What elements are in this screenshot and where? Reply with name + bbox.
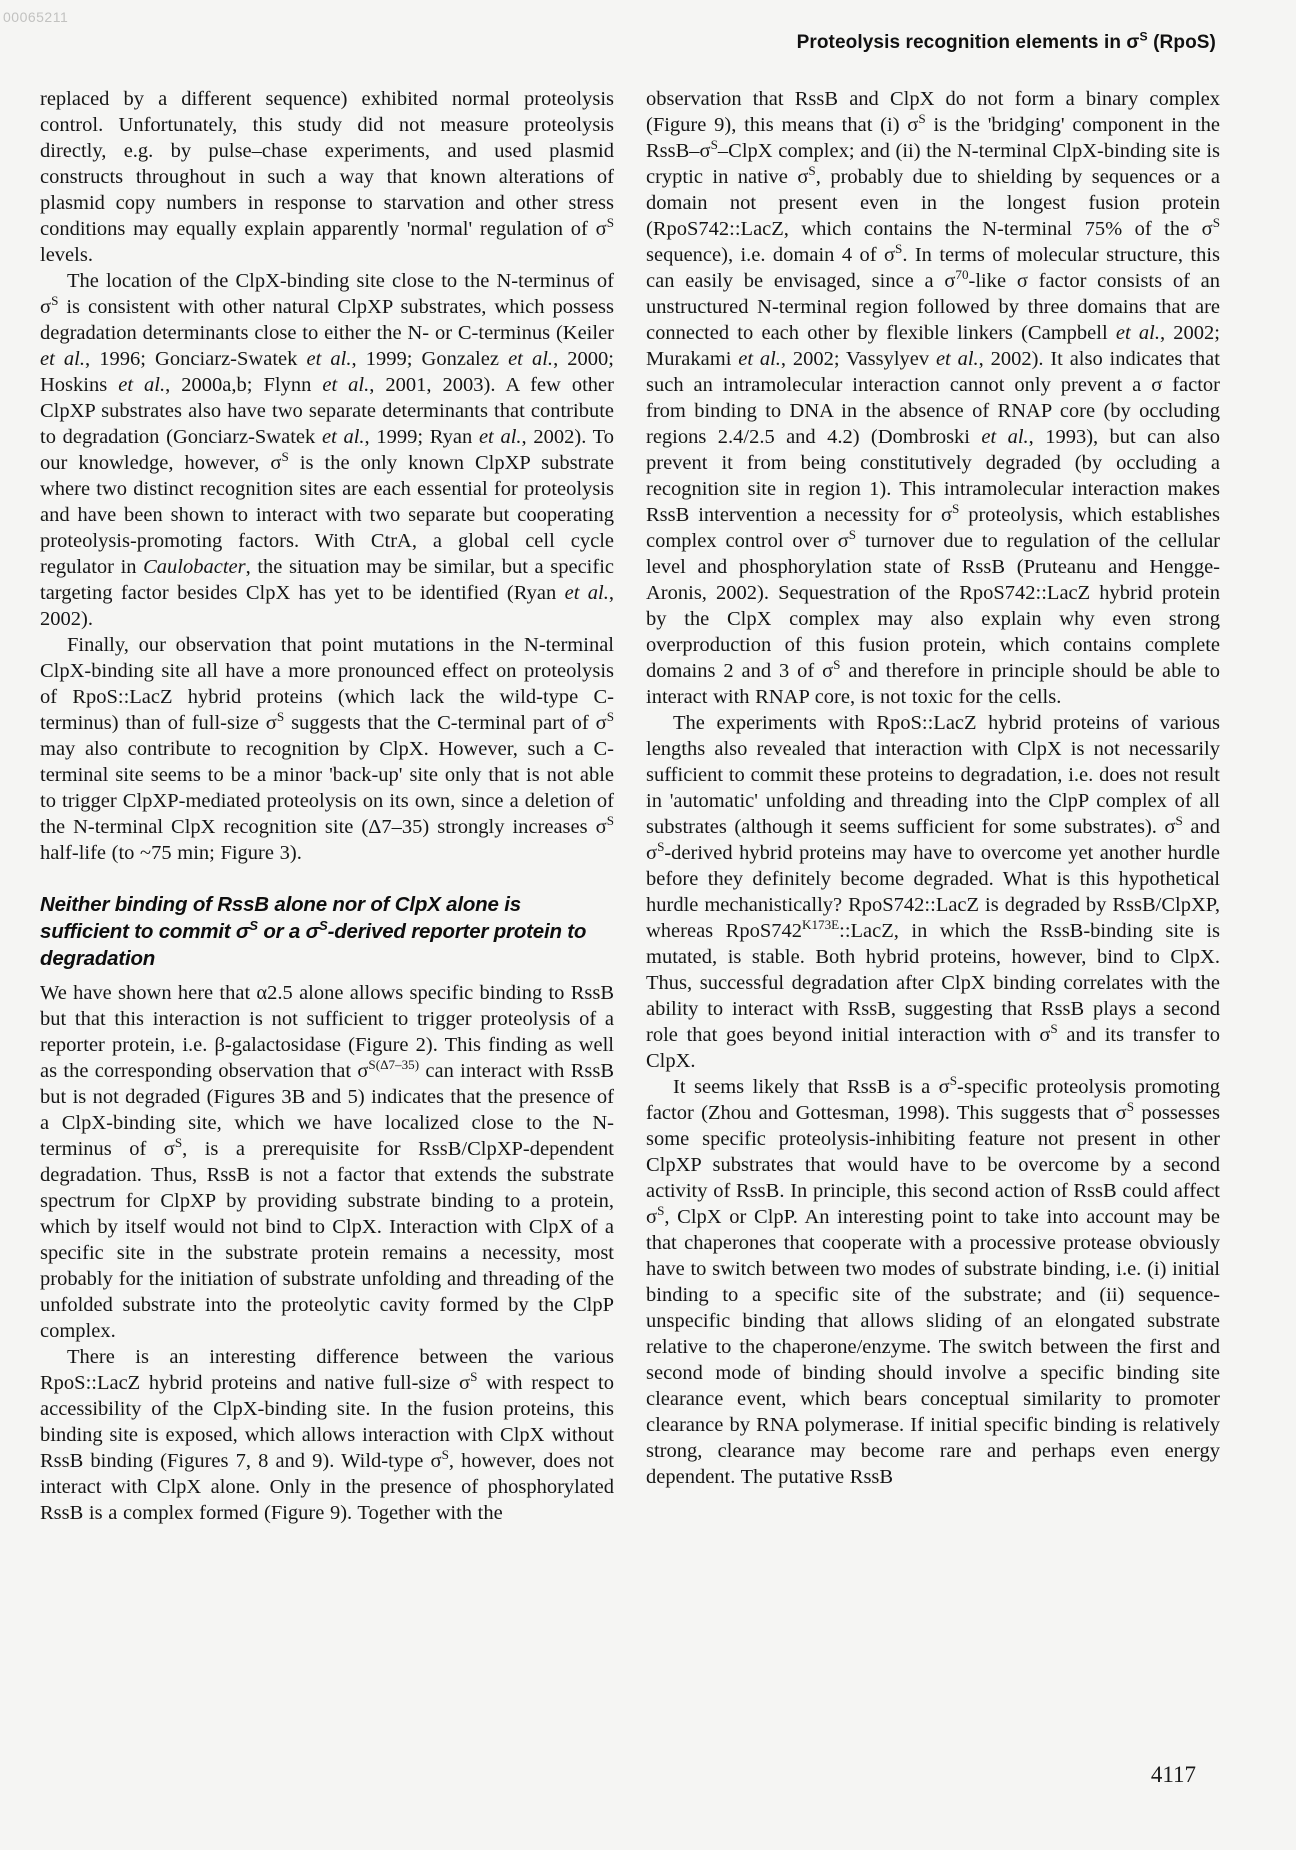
paragraph: observation that RssB and ClpX do not fo… — [646, 86, 1220, 710]
paragraph: Finally, our observation that point muta… — [40, 632, 614, 866]
text-columns: replaced by a different sequence) exhibi… — [40, 86, 1220, 1526]
paragraph: The location of the ClpX-binding site cl… — [40, 268, 614, 632]
page-number: 4117 — [1151, 1762, 1196, 1788]
left-column: replaced by a different sequence) exhibi… — [40, 86, 614, 1526]
journal-page: 00065211 Proteolysis recognition element… — [0, 0, 1296, 1850]
paragraph: replaced by a different sequence) exhibi… — [40, 86, 614, 268]
paragraph: We have shown here that α2.5 alone allow… — [40, 980, 614, 1344]
scan-artifact-number: 00065211 — [3, 9, 68, 25]
paragraph: There is an interesting difference betwe… — [40, 1344, 614, 1526]
right-column: observation that RssB and ClpX do not fo… — [646, 86, 1220, 1526]
running-head: Proteolysis recognition elements in σS (… — [797, 32, 1216, 54]
section-heading: Neither binding of RssB alone nor of Clp… — [40, 891, 614, 972]
paragraph: The experiments with RpoS::LacZ hybrid p… — [646, 710, 1220, 1074]
paragraph: It seems likely that RssB is a σS-specif… — [646, 1074, 1220, 1490]
